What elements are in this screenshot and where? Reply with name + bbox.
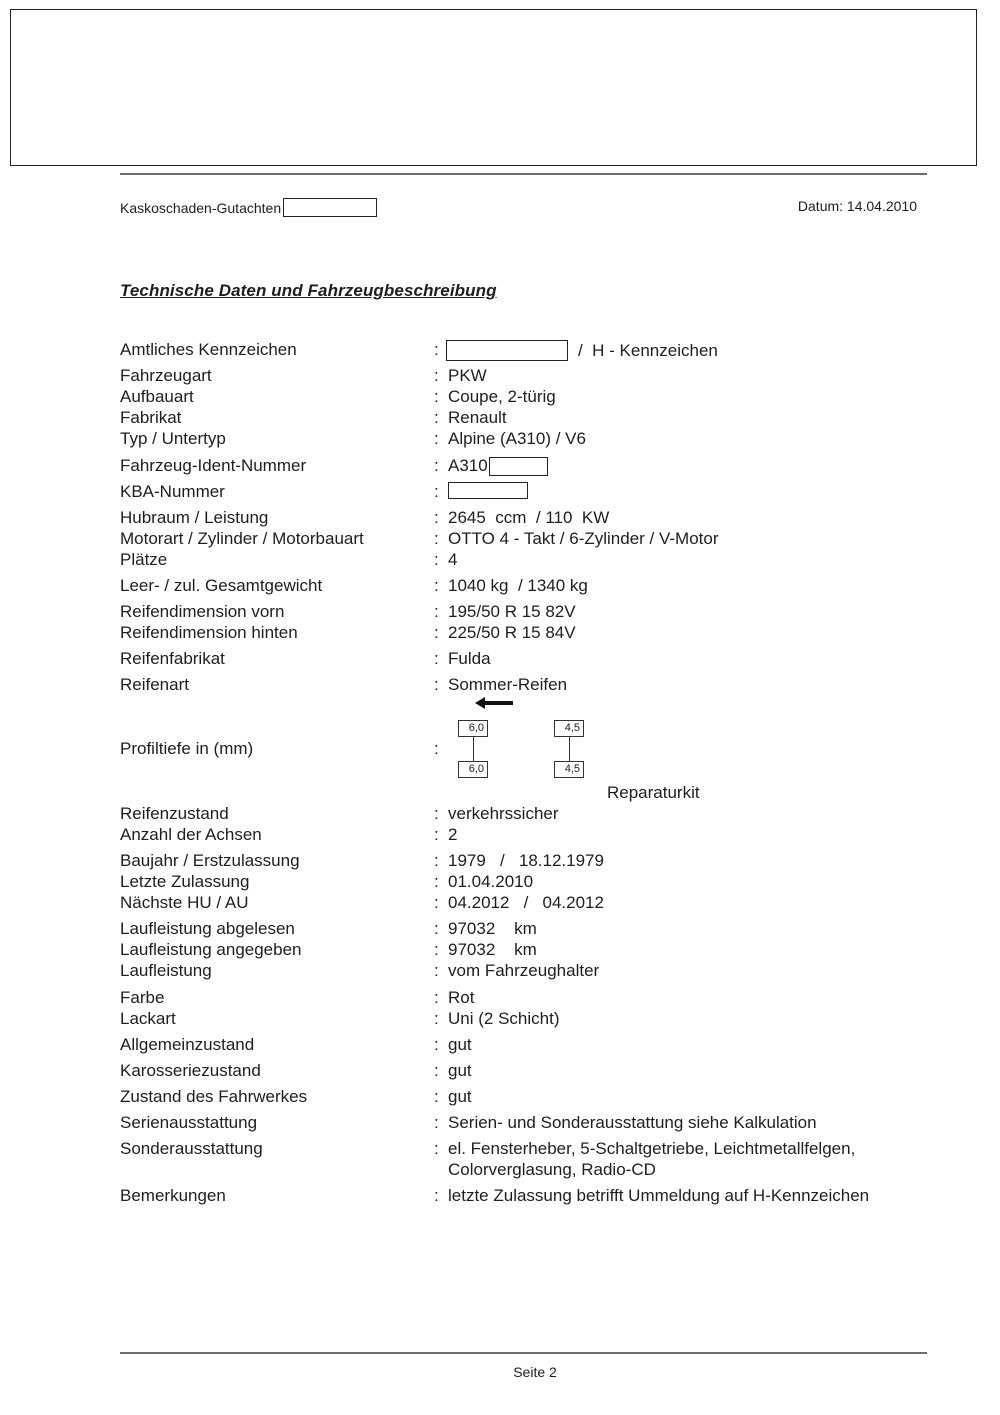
field-label: Baujahr / Erstzulassung: [120, 851, 300, 871]
field-separator: :: [434, 1139, 439, 1159]
field-separator: :: [434, 429, 439, 449]
field-label: Reifendimension hinten: [120, 623, 298, 643]
field-value-text: verkehrssicher: [448, 804, 559, 824]
field-label: Farbe: [120, 988, 164, 1008]
field-label: Typ / Untertyp: [120, 429, 226, 449]
header-divider: [120, 173, 927, 175]
section-title: Technische Daten und Fahrzeugbeschreibun…: [120, 281, 497, 301]
field-value: PKW: [448, 366, 487, 386]
field-value: Fulda: [448, 649, 491, 669]
field-label: Motorart / Zylinder / Motorbauart: [120, 529, 364, 549]
field-value-continued: Colorverglasung, Radio-CD: [448, 1160, 656, 1180]
field-label: Aufbauart: [120, 387, 194, 407]
field-label: Karosseriezustand: [120, 1061, 261, 1081]
field-separator: :: [434, 851, 439, 871]
field-separator: :: [434, 940, 439, 960]
field-label: Reifenzustand: [120, 804, 229, 824]
field-label: Fahrzeug-Ident-Nummer: [120, 456, 306, 476]
field-value: 2645 ccm / 110 KW: [448, 508, 609, 528]
field-value: 2: [448, 825, 457, 845]
redacted-letterhead: [10, 9, 977, 166]
field-value-text: vom Fahrzeughalter: [448, 961, 599, 981]
field-separator: :: [434, 919, 439, 939]
page-number: Seite 2: [0, 1364, 1000, 1380]
field-value-text: el. Fensterheber, 5-Schaltgetriebe, Leic…: [448, 1139, 855, 1159]
axle-left: [473, 737, 474, 761]
field-value-text: 2: [448, 825, 457, 845]
document-type-label: Kaskoschaden-Gutachten: [120, 200, 281, 216]
field-value: gut: [448, 1035, 472, 1055]
field-label: Reifenart: [120, 675, 189, 695]
field-value: 225/50 R 15 84V: [448, 623, 576, 643]
tire-front-right: 4,5: [554, 720, 584, 737]
footer-divider: [120, 1352, 927, 1354]
field-value-text: 1040 kg / 1340 kg: [448, 576, 588, 596]
field-value-text: gut: [448, 1061, 472, 1081]
field-label: Allgemeinzustand: [120, 1035, 254, 1055]
field-value-text: Renault: [448, 408, 507, 428]
field-label: Lackart: [120, 1009, 176, 1029]
field-value-text: / H - Kennzeichen: [578, 341, 718, 361]
field-label: Laufleistung abgelesen: [120, 919, 295, 939]
field-value-text: 97032 km: [448, 940, 537, 960]
field-value-text: A310: [448, 456, 488, 476]
field-separator: :: [434, 739, 439, 759]
field-value: vom Fahrzeughalter: [448, 961, 599, 981]
field-separator: :: [434, 961, 439, 981]
field-separator: :: [434, 456, 439, 476]
field-value-text: OTTO 4 - Takt / 6-Zylinder / V-Motor: [448, 529, 719, 549]
field-value: 01.04.2010: [448, 872, 533, 892]
field-value: 1040 kg / 1340 kg: [448, 576, 588, 596]
field-value-text: Uni (2 Schicht): [448, 1009, 559, 1029]
field-separator: :: [434, 804, 439, 824]
field-value: Serien- und Sonderausstattung siehe Kalk…: [448, 1113, 817, 1133]
field-value: 4: [448, 550, 457, 570]
field-value: verkehrssicher: [448, 804, 559, 824]
field-label: Sonderausstattung: [120, 1139, 263, 1159]
field-label: Bemerkungen: [120, 1186, 226, 1206]
field-value: gut: [448, 1087, 472, 1107]
field-value-text: Serien- und Sonderausstattung siehe Kalk…: [448, 1113, 817, 1133]
field-separator: :: [434, 408, 439, 428]
field-value-text: gut: [448, 1035, 472, 1055]
field-value: letzte Zulassung betrifft Ummeldung auf …: [448, 1186, 869, 1206]
field-value-text: 225/50 R 15 84V: [448, 623, 576, 643]
field-separator: :: [434, 550, 439, 570]
field-value: OTTO 4 - Takt / 6-Zylinder / V-Motor: [448, 529, 719, 549]
field-value: Coupe, 2-türig: [448, 387, 556, 407]
redacted-vin: [489, 457, 548, 476]
field-label: Fahrzeugart: [120, 366, 212, 386]
field-value-text: 04.2012 / 04.2012: [448, 893, 604, 913]
field-value-text: Sommer-Reifen: [448, 675, 567, 695]
field-value: 97032 km: [448, 919, 537, 939]
field-value-text: gut: [448, 1087, 472, 1107]
field-label: Anzahl der Achsen: [120, 825, 262, 845]
field-separator: :: [434, 1087, 439, 1107]
field-label: Laufleistung: [120, 961, 212, 981]
field-label: Profiltiefe in (mm): [120, 739, 253, 759]
field-label: Serienausstattung: [120, 1113, 257, 1133]
field-value-text: 01.04.2010: [448, 872, 533, 892]
field-label: Leer- / zul. Gesamtgewicht: [120, 576, 322, 596]
field-label: Hubraum / Leistung: [120, 508, 268, 528]
field-value: 04.2012 / 04.2012: [448, 893, 604, 913]
field-value: Alpine (A310) / V6: [448, 429, 586, 449]
field-separator: :: [434, 1113, 439, 1133]
document-type: Kaskoschaden-Gutachten: [120, 198, 377, 217]
field-label: KBA-Nummer: [120, 482, 225, 502]
field-value-text: Fulda: [448, 649, 491, 669]
redacted-reference: [283, 198, 377, 217]
field-value: gut: [448, 1061, 472, 1081]
field-separator: :: [434, 576, 439, 596]
tire-rear-left: 6,0: [458, 761, 488, 778]
field-separator: :: [434, 340, 439, 360]
arrow-left-icon: [475, 697, 515, 709]
redacted-kba-number: [448, 482, 528, 499]
field-value-text: letzte Zulassung betrifft Ummeldung auf …: [448, 1186, 869, 1206]
document-date: Datum: 14.04.2010: [798, 198, 917, 214]
field-value-text: Coupe, 2-türig: [448, 387, 556, 407]
field-separator: :: [434, 529, 439, 549]
field-value-text: 97032 km: [448, 919, 537, 939]
field-separator: :: [434, 893, 439, 913]
field-value: / H - Kennzeichen: [448, 340, 718, 361]
field-label: Nächste HU / AU: [120, 893, 249, 913]
field-separator: :: [434, 602, 439, 622]
field-separator: :: [434, 872, 439, 892]
field-label: Plätze: [120, 550, 167, 570]
field-value-text: Rot: [448, 988, 474, 1008]
field-separator: :: [434, 675, 439, 695]
field-value: Sommer-Reifen: [448, 675, 567, 695]
tire-front-left: 6,0: [458, 720, 488, 737]
field-separator: :: [434, 366, 439, 386]
field-value: 97032 km: [448, 940, 537, 960]
field-value: Renault: [448, 408, 507, 428]
field-value-text: 2645 ccm / 110 KW: [448, 508, 609, 528]
field-separator: :: [434, 649, 439, 669]
field-separator: :: [434, 482, 439, 502]
field-value: 195/50 R 15 82V: [448, 602, 576, 622]
field-label: Letzte Zulassung: [120, 872, 249, 892]
field-separator: :: [434, 1186, 439, 1206]
axle-right: [569, 737, 570, 761]
field-separator: :: [434, 1035, 439, 1055]
redacted-plate: [446, 340, 568, 361]
field-label: Reifendimension vorn: [120, 602, 284, 622]
field-value: Rot: [448, 988, 474, 1008]
field-value: Uni (2 Schicht): [448, 1009, 559, 1029]
tire-rear-right: 4,5: [554, 761, 584, 778]
field-value-text: 4: [448, 550, 457, 570]
field-separator: :: [434, 387, 439, 407]
field-separator: :: [434, 623, 439, 643]
field-label: Fabrikat: [120, 408, 181, 428]
field-separator: :: [434, 825, 439, 845]
field-value: A310: [448, 456, 548, 476]
field-label: Zustand des Fahrwerkes: [120, 1087, 307, 1107]
field-value: [448, 482, 528, 499]
field-value-text: PKW: [448, 366, 487, 386]
field-label: Reifenfabrikat: [120, 649, 225, 669]
field-value: el. Fensterheber, 5-Schaltgetriebe, Leic…: [448, 1139, 855, 1159]
field-separator: :: [434, 988, 439, 1008]
field-separator: :: [434, 1009, 439, 1029]
field-separator: :: [434, 508, 439, 528]
repair-kit-note: Reparaturkit: [607, 783, 700, 803]
field-separator: :: [434, 1061, 439, 1081]
field-value: 1979 / 18.12.1979: [448, 851, 604, 871]
field-value-text: 195/50 R 15 82V: [448, 602, 576, 622]
field-label: Amtliches Kennzeichen: [120, 340, 297, 360]
field-value-text: Alpine (A310) / V6: [448, 429, 586, 449]
field-label: Laufleistung angegeben: [120, 940, 302, 960]
field-value-text: 1979 / 18.12.1979: [448, 851, 604, 871]
